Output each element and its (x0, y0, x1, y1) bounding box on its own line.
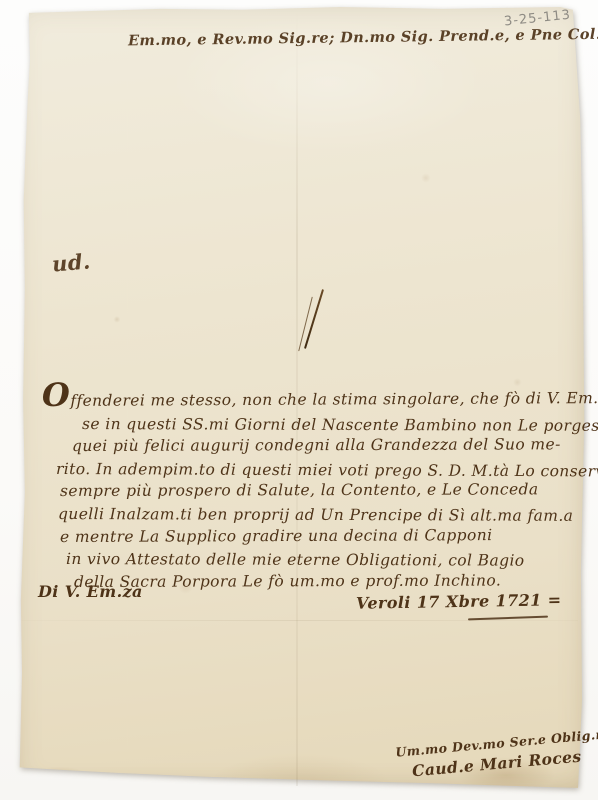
letter-photo: 3-25-113 Em.mo, e Rev.mo Sig.re; Dn.mo S… (0, 0, 598, 800)
body-line: e mentre La Supplico gradire una decina … (60, 523, 586, 548)
marginal-mark: ud. (51, 248, 92, 276)
closing-address: Di V. Em.za (38, 582, 143, 601)
body-line: della Sacra Porpora Le fò um.mo e prof.m… (74, 569, 586, 593)
letter-body: Offenderei me stesso, non che la stima s… (42, 386, 586, 593)
body-line: sempre più prospero di Salute, la Conten… (60, 479, 586, 503)
place-dateline: Veroli 17 Xbre 1721 = (356, 590, 562, 613)
body-line: Offenderei me stesso, non che la stima s… (42, 383, 586, 412)
body-line: quei più felici augurij condegni alla Gr… (72, 433, 586, 457)
